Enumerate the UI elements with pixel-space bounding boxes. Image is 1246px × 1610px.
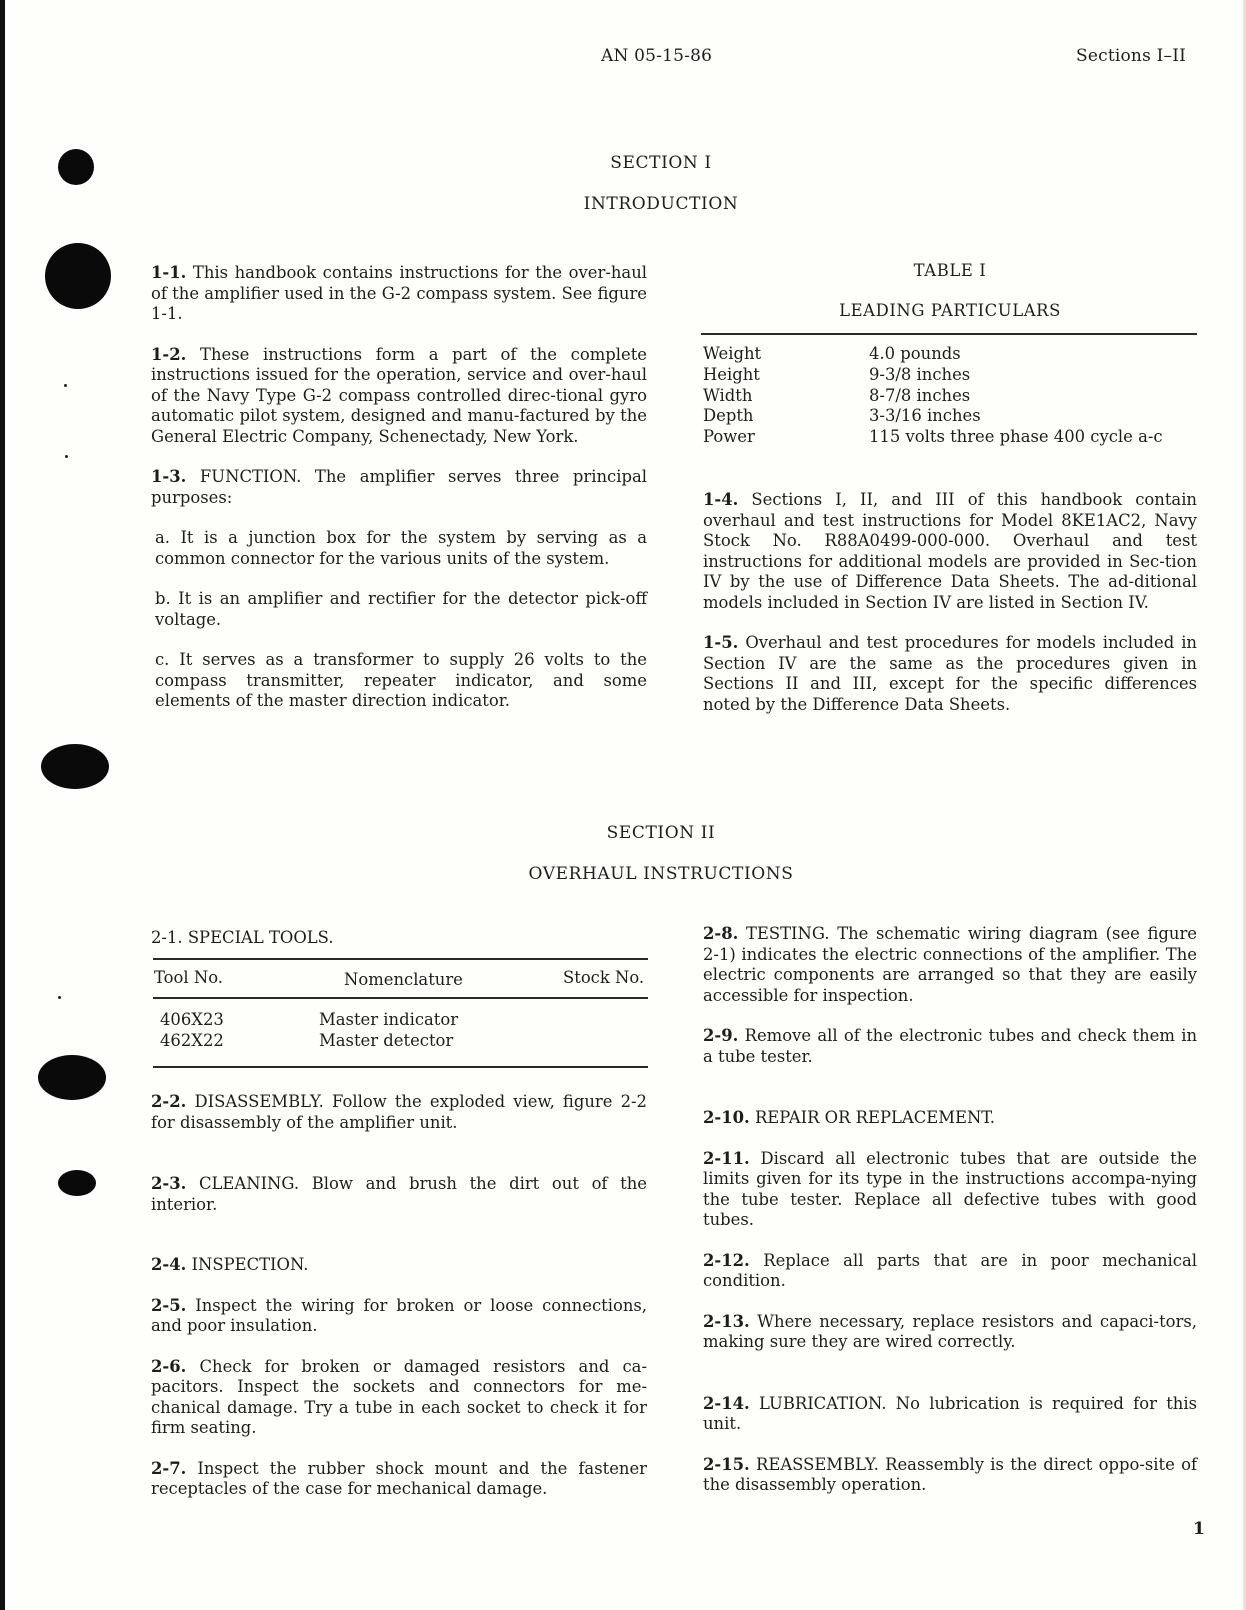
page-left-edge [0,0,5,1610]
table-row: 406X23 Master indicator [160,1010,648,1031]
special-tools-heading: 2-1. SPECIAL TOOLS. [151,928,647,949]
binder-hole [45,243,111,309]
paragraph-1-5: 1-5. Overhaul and test procedures for mo… [703,633,1197,715]
section-1-left-column: 1-1. This handbook contains instructions… [151,263,647,712]
section-2-subtitle: OVERHAUL INSTRUCTIONS [0,864,1246,884]
table-row: Weight 4.0 pounds [703,344,1197,365]
section-1-right-column: 1-4. Sections I, II, and III of this han… [703,490,1197,715]
binder-hole [58,1170,96,1196]
paragraph-2-10: 2-10. REPAIR OR REPLACEMENT. [703,1108,1197,1129]
document-number: AN 05-15-86 [601,46,712,66]
paragraph-2-2: 2-2. DISASSEMBLY. Follow the exploded vi… [151,1092,647,1133]
table-1-top-rule [701,333,1197,335]
paragraph-2-9: 2-9. Remove all of the electronic tubes … [703,1026,1197,1067]
tools-table-top-rule [153,958,648,960]
binder-hole [41,744,109,789]
print-speck [58,996,61,999]
section-2-left-column: 2-2. DISASSEMBLY. Follow the exploded vi… [151,1092,647,1500]
section-range: Sections I–II [1076,46,1186,66]
paragraph-2-7: 2-7. Inspect the rubber shock mount and … [151,1459,647,1500]
paragraph-1-2: 1-2. These instructions form a part of t… [151,345,647,448]
print-speck [64,384,67,387]
table-row: Power 115 volts three phase 400 cycle a-… [703,427,1197,448]
paragraph-2-15: 2-15. REASSEMBLY. Reassembly is the dire… [703,1455,1197,1496]
section-1-title: SECTION I [0,153,1246,173]
leading-particulars-table: Weight 4.0 pounds Height 9-3/8 inches Wi… [703,344,1197,448]
table-row: Width 8-7/8 inches [703,386,1197,407]
print-speck [65,455,68,458]
tools-table-header-rule [153,997,648,999]
paragraph-2-14: 2-14. LUBRICATION. No lubrication is req… [703,1394,1197,1435]
table-1-title: TABLE I [703,261,1197,280]
function-item-a: a. It is a junction box for the system b… [151,528,647,569]
paragraph-2-8: 2-8. TESTING. The schematic wiring diagr… [703,924,1197,1006]
paragraph-2-13: 2-13. Where necessary, replace resistors… [703,1312,1197,1353]
paragraph-1-4: 1-4. Sections I, II, and III of this han… [703,490,1197,613]
table-row: Depth 3-3/16 inches [703,406,1197,427]
table-row: 462X22 Master detector [160,1031,648,1052]
tools-table-bottom-rule [153,1066,648,1068]
paragraph-2-11: 2-11. Discard all electronic tubes that … [703,1149,1197,1231]
paragraph-2-3: 2-3. CLEANING. Blow and brush the dirt o… [151,1174,647,1215]
binder-hole [38,1055,106,1100]
page-number: 1 [1193,1519,1205,1539]
tools-table-body: 406X23 Master indicator 462X22 Master de… [160,1010,648,1051]
paragraph-1-3: 1-3. FUNCTION. The amplifier serves thre… [151,467,647,508]
paragraph-2-4: 2-4. INSPECTION. [151,1255,647,1276]
table-1-caption: LEADING PARTICULARS [703,301,1197,320]
section-1-subtitle: INTRODUCTION [0,194,1246,214]
paragraph-2-5: 2-5. Inspect the wiring for broken or lo… [151,1296,647,1337]
section-2-right-column: 2-8. TESTING. The schematic wiring diagr… [703,924,1197,1496]
paragraph-2-12: 2-12. Replace all parts that are in poor… [703,1251,1197,1292]
paragraph-1-1: 1-1. This handbook contains instructions… [151,263,647,325]
function-item-b: b. It is an amplifier and rectifier for … [151,589,647,630]
function-item-c: c. It serves as a transformer to supply … [151,650,647,712]
section-2-title: SECTION II [0,823,1246,843]
table-row: Height 9-3/8 inches [703,365,1197,386]
paragraph-2-6: 2-6. Check for broken or damaged resisto… [151,1357,647,1439]
